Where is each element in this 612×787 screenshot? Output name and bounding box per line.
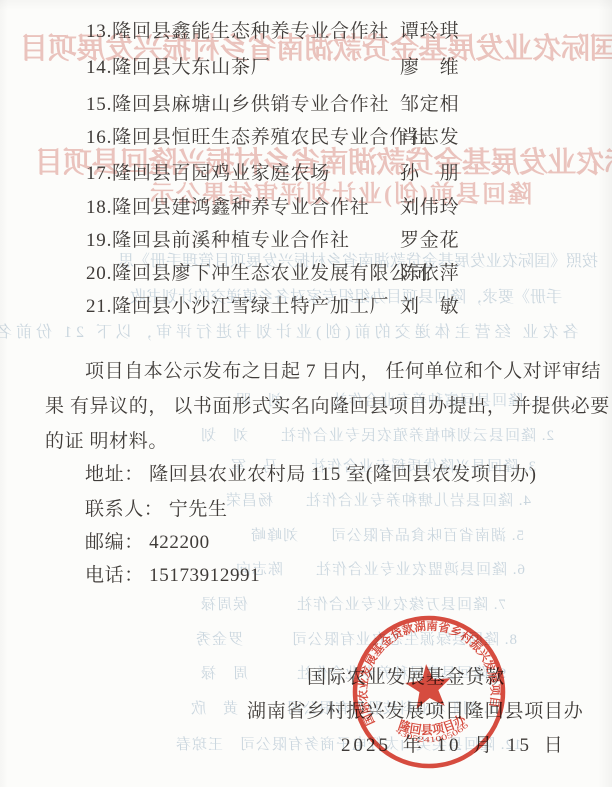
objection-paragraph-line: 的证 明材料。	[45, 426, 168, 453]
list-item: 15.隆回县麻塘山乡供销专业合作社 邹定相	[0, 89, 612, 111]
list-item-org: 16.隆回县恒旺生态养殖农民专业合作社	[86, 122, 429, 149]
list-item: 14.隆回县大东山茶厂 廖 维	[0, 52, 612, 74]
contact-person: 联系人： 宁先生	[85, 494, 228, 521]
list-item-representative: 谭玲琪	[400, 16, 459, 43]
list-item-representative: 肖志发	[400, 122, 459, 149]
list-item-org: 15.隆回县麻塘山乡供销专业合作社	[86, 89, 389, 116]
official-seal: 国际农业发展基金贷款湖南省乡村振兴发展项目 隆回县项目办 43052410050…	[341, 604, 517, 780]
list-item: 20.隆回县廖下冲生态农业发展有限公司 陈依萍	[0, 258, 612, 280]
bleedthrough-line: 2. 隆回县云划种植养殖农民专业合作社 刘 划	[200, 424, 554, 445]
bleedthrough-line: 5. 湖南省百味食品有限公司 刘峰崎	[250, 524, 524, 545]
list-item-representative: 刘 敏	[400, 291, 459, 318]
contact-address: 地址： 隆回县农业农村局 115 室(隆回县农发项目办)	[85, 459, 537, 486]
list-item-representative: 孙 朋	[400, 158, 459, 185]
list-item-representative: 廖 维	[400, 52, 459, 79]
seal-star	[403, 662, 453, 710]
list-item-org: 19.隆回县前溪种植专业合作社	[86, 225, 350, 252]
contact-phone: 电话： 15173912991	[85, 560, 260, 587]
list-item: 18.隆回县建鸿鑫种养专业合作社 刘伟玲	[0, 192, 612, 214]
contact-postcode: 邮编： 422200	[85, 527, 210, 554]
list-item: 21.隆回县小沙江雪绿土特产加工厂 刘 敏	[0, 291, 612, 313]
list-item: 16.隆回县恒旺生态养殖农民专业合作社 肖志发	[0, 122, 612, 144]
list-item-org: 14.隆回县大东山茶厂	[86, 52, 271, 79]
objection-paragraph-line: 果 有异议的， 以书面形式实名向隆回县项目办提出， 并提供必要	[45, 391, 610, 418]
list-item-org: 20.隆回县廖下冲生态农业发展有限公司	[86, 258, 429, 285]
list-item-representative: 陈依萍	[400, 258, 459, 285]
list-item: 17.隆回县百园鸡业家庭农场 孙 朋	[0, 158, 612, 180]
list-item-org: 13.隆回县鑫能生态种养专业合作社	[86, 16, 389, 43]
list-item: 13.隆回县鑫能生态种养专业合作社 谭玲琪	[0, 16, 612, 38]
list-item-org: 21.隆回县小沙江雪绿土特产加工厂	[86, 291, 389, 318]
list-item-representative: 刘伟玲	[400, 192, 459, 219]
bleedthrough-line: 各农业 经营主体递交的前(创)业计划书进行评审，以下 21 份前名	[0, 319, 579, 342]
list-item: 19.隆回县前溪种植专业合作社 罗金花	[0, 225, 612, 247]
scanned-document-page: 国际农业发展基金贷款湖南省乡村振兴发展项目 国际农业发展基金贷款湖南省乡村振兴隆…	[0, 0, 612, 787]
objection-paragraph-line: 项目自本公示发布之日起 7 日内， 任何单位和个人对评审结	[85, 356, 601, 383]
bleedthrough-line: 4. 隆回县岩儿塘种养专业合作社 杨昌荣	[225, 489, 531, 510]
list-item-org: 18.隆回县建鸿鑫种养专业合作社	[86, 192, 370, 219]
list-item-representative: 邹定相	[400, 89, 459, 116]
bleedthrough-line: 6. 隆回县鸿盟农业专业合作社 陈志向	[235, 558, 525, 579]
list-item-org: 17.隆回县百园鸡业家庭农场	[86, 158, 330, 185]
list-item-representative: 罗金花	[400, 225, 459, 252]
